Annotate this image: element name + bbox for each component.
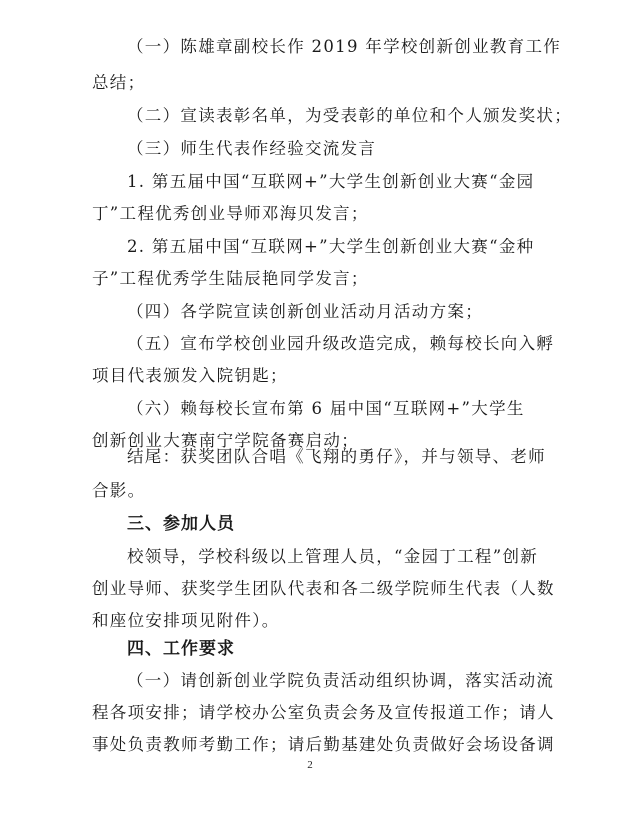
paragraph-line: 校领导，学校科级以上管理人员，“金园丁工程”创新 (127, 547, 526, 567)
section-heading-requirements: 四、工作要求 (127, 639, 526, 659)
paragraph-line: 创业导师、获奖学生团队代表和各二级学院师生代表（人数 (92, 579, 526, 599)
paragraph-line: 1. 第五届中国“互联网+”大学生创新创业大赛“金园 (127, 172, 526, 192)
paragraph-line: 事处负责教师考勤工作；请后勤基建处负责做好会场设备调 (92, 735, 526, 755)
paragraph-line: 项目代表颁发入院钥匙； (92, 366, 526, 386)
paragraph-line: （六）赖每校长宣布第 6 届中国“互联网+”大学生 (127, 399, 526, 419)
paragraph-line: （一）陈雄章副校长作 2019 年学校创新创业教育工作 (127, 37, 526, 57)
paragraph-line: （三）师生代表作经验交流发言 (127, 139, 526, 159)
section-heading-participants: 三、参加人员 (127, 514, 526, 534)
document-page: （一）陈雄章副校长作 2019 年学校创新创业教育工作 总结； （二）宣读表彰名… (0, 0, 619, 835)
paragraph-line: （五）宣布学校创业园升级改造完成，赖每校长向入孵 (127, 334, 526, 354)
paragraph-line: 结尾：获奖团队合唱《飞翔的勇仔》，并与领导、老师 (127, 447, 526, 467)
paragraph-line: 和座位安排项见附件）。 (92, 611, 526, 631)
paragraph-line: 合影。 (92, 481, 526, 501)
paragraph-line: 程各项安排；请学校办公室负责会务及宣传报道工作；请人 (92, 703, 526, 723)
paragraph-line: 2. 第五届中国“互联网+”大学生创新创业大赛“金种 (127, 237, 526, 257)
paragraph-line: （二）宣读表彰名单，为受表彰的单位和个人颁发奖状； (127, 106, 526, 126)
paragraph-line: 子”工程优秀学生陆辰艳同学发言； (92, 269, 526, 289)
paragraph-line: （四）各学院宣读创新创业活动月活动方案； (127, 302, 526, 322)
page-number: 2 (300, 759, 320, 771)
paragraph-line: 丁”工程优秀创业导师邓海贝发言； (92, 204, 526, 224)
paragraph-line: （一）请创新创业学院负责活动组织协调，落实活动流 (127, 671, 526, 691)
paragraph-line: 总结； (92, 73, 526, 93)
